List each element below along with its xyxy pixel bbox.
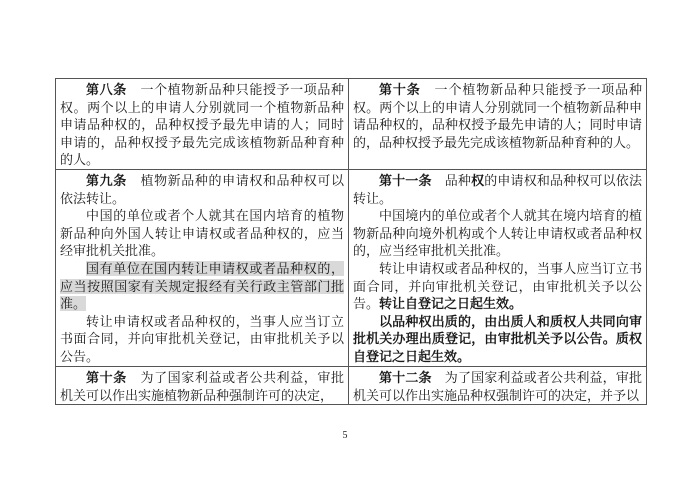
text-run: 品种 [432, 173, 471, 188]
bold-text-run: 以品种权出质的，由出质人和质权人共同向审批机关办理出质登记，由审批机关予以公告。… [353, 314, 642, 364]
table-row: 第八条 一个植物新品种只能授予一项品种权。两个以上的申请人分别就同一个植物新品种… [56, 79, 647, 170]
bold-text-run: 第九条 [86, 173, 127, 188]
paragraph: 第十二条 为了国家利益或者公共利益，审批机关可以作出实施品种权强制许可的决定，并… [353, 369, 642, 404]
text-run: 转让申请权或者品种权的，当事人应当订立书面合同，并向审批机关登记，由审批机关予以… [60, 314, 344, 364]
page-number: 5 [0, 430, 690, 441]
paragraph: 第十条 一个植物新品种只能授予一项品种权。两个以上的申请人分别就同一个植物新品种… [353, 81, 642, 151]
bold-text-run: 第十条 [86, 370, 127, 385]
text-run: 中国的单位或者个人就其在国内培育的植物新品种向外国人转让申请权或者品种权的，应当… [60, 208, 344, 258]
paragraph: 第九条 植物新品种的申请权和品种权可以依法转让。 [60, 172, 344, 207]
paragraph: 第八条 一个植物新品种只能授予一项品种权。两个以上的申请人分别就同一个植物新品种… [60, 81, 344, 169]
bold-text-run: 第十二条 [379, 370, 432, 385]
article-cell-right: 第十条 一个植物新品种只能授予一项品种权。两个以上的申请人分别就同一个植物新品种… [349, 79, 647, 170]
table-row: 第九条 植物新品种的申请权和品种权可以依法转让。中国的单位或者个人就其在国内培育… [56, 169, 647, 366]
text-run: 中国境内的单位或者个人就其在境内培育的植物新品种向境外机构或个人转让申请权或者品… [353, 208, 642, 258]
article-cell-left: 第十条 为了国家利益或者公共利益，审批机关可以作出实施植物新品种强制许可的决定， [56, 366, 349, 404]
paragraph: 第十条 为了国家利益或者公共利益，审批机关可以作出实施植物新品种强制许可的决定， [60, 369, 344, 404]
highlighted-text-run: 国有单位在国内转让申请权或者品种权的，应当按照国家有关规定报经有关行政主管部门批… [60, 261, 344, 311]
article-cell-left: 第八条 一个植物新品种只能授予一项品种权。两个以上的申请人分别就同一个植物新品种… [56, 79, 349, 170]
bold-text-run: 第十条 [379, 82, 421, 97]
paragraph: 中国的单位或者个人就其在国内培育的植物新品种向外国人转让申请权或者品种权的，应当… [60, 207, 344, 260]
bold-text-run: 第八条 [86, 82, 127, 97]
bold-text-run: 权 [471, 173, 484, 188]
bold-text-run: 转让自登记之日起生效。 [379, 296, 522, 311]
comparison-table: 第八条 一个植物新品种只能授予一项品种权。两个以上的申请人分别就同一个植物新品种… [55, 78, 647, 405]
article-cell-right: 第十二条 为了国家利益或者公共利益，审批机关可以作出实施品种权强制许可的决定，并… [349, 366, 647, 404]
article-cell-left: 第九条 植物新品种的申请权和品种权可以依法转让。中国的单位或者个人就其在国内培育… [56, 169, 349, 366]
bold-text-run: 第十一条 [379, 173, 432, 188]
paragraph: 转让申请权或者品种权的，当事人应当订立书面合同，并向审批机关登记，由审批机关予以… [353, 260, 642, 313]
article-cell-right: 第十一条 品种权的申请权和品种权可以依法转让。中国境内的单位或者个人就其在境内培… [349, 169, 647, 366]
paragraph: 第十一条 品种权的申请权和品种权可以依法转让。 [353, 172, 642, 207]
paragraph: 国有单位在国内转让申请权或者品种权的，应当按照国家有关规定报经有关行政主管部门批… [60, 260, 344, 313]
paragraph: 以品种权出质的，由出质人和质权人共同向审批机关办理出质登记，由审批机关予以公告。… [353, 313, 642, 366]
table-body: 第八条 一个植物新品种只能授予一项品种权。两个以上的申请人分别就同一个植物新品种… [56, 79, 647, 405]
paragraph: 转让申请权或者品种权的，当事人应当订立书面合同，并向审批机关登记，由审批机关予以… [60, 313, 344, 366]
table-row: 第十条 为了国家利益或者公共利益，审批机关可以作出实施植物新品种强制许可的决定，… [56, 366, 647, 404]
paragraph: 中国境内的单位或者个人就其在境内培育的植物新品种向境外机构或个人转让申请权或者品… [353, 207, 642, 260]
